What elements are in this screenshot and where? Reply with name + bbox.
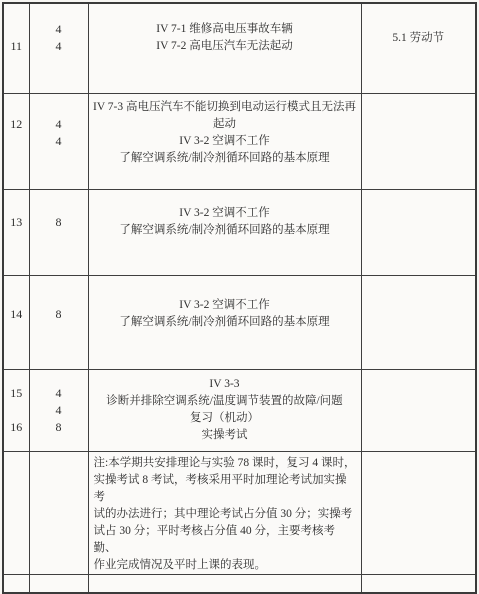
lesson-content-cell: IV 7-1 维修高电压事故车辆 IV 7-2 高电压汽车无法起动 xyxy=(88,3,361,93)
remark-cell xyxy=(361,369,476,451)
hours-value: 4 4 8 xyxy=(56,385,62,436)
lesson-content: IV 7-3 高电压汽车不能切换到电动运行模式且无法再 起动 IV 3-2 空调… xyxy=(93,99,356,167)
hours-cell: 8 xyxy=(29,189,88,275)
remark-cell: 5.1 劳动节 xyxy=(361,3,476,93)
remark-cell xyxy=(361,451,476,566)
hours-cell: 8 xyxy=(29,275,88,369)
lesson-content-cell: IV 3-3 诊断并排除空调系统/温度调节装置的故障/问题 复习（机动） 实操考… xyxy=(88,369,361,451)
remark-cell xyxy=(361,189,476,275)
hours-value: 8 xyxy=(56,306,62,323)
lesson-schedule-table: 11 4 4 IV 7-1 维修高电压事故车辆 IV 7-2 高电压汽车无法起动… xyxy=(2,2,477,566)
table-row-11: 11 4 4 IV 7-1 维修高电压事故车辆 IV 7-2 高电压汽车无法起动… xyxy=(3,3,476,93)
hours-cell: 4 4 xyxy=(29,93,88,189)
hours-cell: 4 4 8 xyxy=(29,369,88,451)
hours-value: 8 xyxy=(56,214,62,231)
lesson-content: IV 7-1 维修高电压事故车辆 IV 7-2 高电压汽车无法起动 xyxy=(156,21,293,55)
lesson-content: IV 3-2 空调不工作 了解空调系统/制冷剂循环回路的基本原理 xyxy=(119,205,329,239)
week-number-cell: 14 xyxy=(3,275,29,369)
week-number-cell: 15 16 xyxy=(3,369,29,451)
week-number-cell: 11 xyxy=(3,3,29,93)
week-number-cell: 12 xyxy=(3,93,29,189)
week-number: 11 xyxy=(10,21,22,55)
hours-cell: 4 4 xyxy=(29,3,88,93)
lesson-content: IV 3-2 空调不工作 了解空调系统/制冷剂循环回路的基本原理 xyxy=(119,297,329,331)
table-row-13: 13 8 IV 3-2 空调不工作 了解空调系统/制冷剂循环回路的基本原理 xyxy=(3,189,476,275)
week-number: 13 xyxy=(10,214,22,231)
week-number: 14 xyxy=(10,306,22,323)
note-text: 注:本学期共安排理论与实验 78 课时，复习 4 课时， 实操考试 8 考试，考… xyxy=(94,455,356,567)
week-number-cell xyxy=(3,451,29,566)
table-row-15-16: 15 16 4 4 8 IV 3-3 诊断并排除空调系统/温度调节装置的故障/问… xyxy=(3,369,476,451)
lesson-content-cell: IV 3-2 空调不工作 了解空调系统/制冷剂循环回路的基本原理 xyxy=(88,275,361,369)
note-cell: 注:本学期共安排理论与实验 78 课时，复习 4 课时， 实操考试 8 考试，考… xyxy=(88,451,361,566)
hours-value: 4 4 xyxy=(56,21,62,55)
hours-cell xyxy=(29,451,88,566)
document-sheet: 11 4 4 IV 7-1 维修高电压事故车辆 IV 7-2 高电压汽车无法起动… xyxy=(2,2,477,566)
hours-value: 4 4 xyxy=(56,116,62,150)
table-row-12: 12 4 4 IV 7-3 高电压汽车不能切换到电动运行模式且无法再 起动 IV… xyxy=(3,93,476,189)
week-number-cell: 13 xyxy=(3,189,29,275)
remark-cell xyxy=(361,93,476,189)
remark-holiday: 5.1 劳动节 xyxy=(392,30,444,47)
remark-cell xyxy=(361,275,476,369)
week-number: 12 xyxy=(10,116,22,150)
week-number: 15 16 xyxy=(10,385,22,436)
table-row-14: 14 8 IV 3-2 空调不工作 了解空调系统/制冷剂循环回路的基本原理 xyxy=(3,275,476,369)
lesson-content: IV 3-3 诊断并排除空调系统/温度调节装置的故障/问题 复习（机动） 实操考… xyxy=(106,376,342,444)
table-row-note: 注:本学期共安排理论与实验 78 课时，复习 4 课时， 实操考试 8 考试，考… xyxy=(3,451,476,566)
lesson-content-cell: IV 7-3 高电压汽车不能切换到电动运行模式且无法再 起动 IV 3-2 空调… xyxy=(88,93,361,189)
lesson-content-cell: IV 3-2 空调不工作 了解空调系统/制冷剂循环回路的基本原理 xyxy=(88,189,361,275)
